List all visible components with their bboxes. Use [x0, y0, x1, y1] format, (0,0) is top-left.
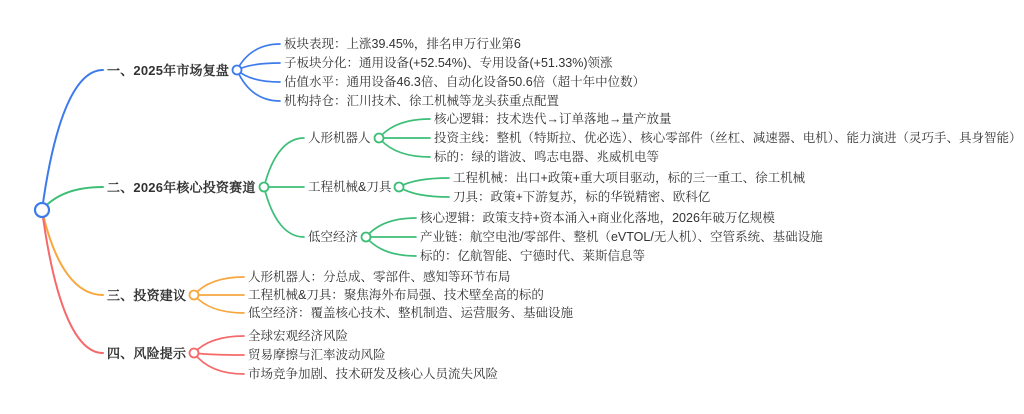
leaf-lae-core-logic[interactable]: 核心逻辑：政策支持+资本涌入+商业化落地，2026年破万亿规模 [420, 210, 775, 227]
node-risk-warnings[interactable]: 四、风险提示 [107, 345, 186, 362]
leaf-risk-macro[interactable]: 全球宏观经济风险 [248, 328, 348, 345]
node-low-altitude-economy[interactable]: 低空经济 [308, 229, 358, 246]
leaf-sector-performance[interactable]: 板块表现：上涨39.45%，排名申万行业第6 [284, 36, 521, 53]
node-toggle-dot[interactable] [190, 291, 199, 300]
connector-line [194, 277, 244, 295]
connector-line [42, 70, 103, 210]
connector-line [194, 336, 244, 353]
leaf-advice-low-altitude[interactable]: 低空经济：覆盖核心技术、整机制造、运营服务、基础设施 [248, 305, 573, 322]
node-toggle-dot[interactable] [260, 183, 269, 192]
connector-line [264, 187, 304, 237]
connector-line [366, 218, 416, 237]
connector-line [194, 295, 244, 313]
connector-line [194, 353, 244, 374]
node-investment-advice[interactable]: 三、投资建议 [107, 287, 186, 304]
node-toggle-dot[interactable] [375, 134, 384, 143]
leaf-valuation-level[interactable]: 估值水平：通用设备46.3倍、自动化设备50.6倍（超十年中位数） [284, 74, 645, 91]
leaf-robot-targets[interactable]: 标的：绿的谐波、鸣志电器、兆威机电等 [434, 149, 659, 166]
node-toggle-dot[interactable] [190, 349, 199, 358]
connector-line [399, 178, 449, 187]
connector-line [379, 138, 430, 157]
connector-line [237, 63, 280, 70]
connector-line [264, 138, 304, 187]
leaf-lae-targets[interactable]: 标的：亿航智能、宁德时代、莱斯信息等 [420, 248, 645, 265]
connector-line [42, 187, 103, 210]
leaf-robot-core-logic[interactable]: 核心逻辑：技术迭代→订单落地→量产放量 [434, 111, 672, 128]
leaf-advice-machinery-tools[interactable]: 工程机械&刀具：聚焦海外布局强、技术壁垒高的标的 [248, 287, 544, 304]
leaf-machinery-drivers[interactable]: 工程机械：出口+政策+重大项目驱动，标的三一重工、徐工机械 [453, 170, 805, 187]
leaf-risk-trade-fx[interactable]: 贸易摩擦与汇率波动风险 [248, 347, 386, 364]
node-toggle-dot[interactable] [395, 183, 404, 192]
leaf-cutting-tools[interactable]: 刀具：政策+下游复苏，标的华锐精密、欧科亿 [453, 189, 710, 206]
connector-line [379, 119, 430, 138]
root-node-dot[interactable] [35, 203, 49, 217]
mindmap-canvas: 一、2025年市场复盘 板块表现：上涨39.45%，排名申万行业第6 子板块分化… [0, 0, 1024, 414]
leaf-lae-industry-chain[interactable]: 产业链：航空电池/零部件、整机（eVTOL/无人机）、空管系统、基础设施 [420, 229, 823, 246]
connector-line [399, 187, 449, 197]
connector-line [42, 210, 103, 295]
connector-line [194, 353, 244, 355]
leaf-risk-competition-talent[interactable]: 市场竞争加剧、技术研发及核心人员流失风险 [248, 366, 498, 383]
connector-line [237, 70, 280, 82]
node-humanoid-robot[interactable]: 人形机器人 [308, 130, 371, 147]
node-2025-market-review[interactable]: 一、2025年市场复盘 [107, 62, 229, 79]
node-2026-core-investment-tracks[interactable]: 二、2026年核心投资赛道 [107, 179, 256, 196]
connector-line [366, 237, 416, 256]
node-toggle-dot[interactable] [362, 233, 371, 242]
node-construction-machinery-tools[interactable]: 工程机械&刀具 [308, 179, 391, 196]
leaf-advice-humanoid-robot[interactable]: 人形机器人：分总成、零部件、感知等环节布局 [248, 269, 511, 286]
leaf-robot-investment-lines[interactable]: 投资主线：整机（特斯拉、优必选）、核心零部件（丝杠、减速器、电机）、能力演进（灵… [434, 130, 1022, 147]
leaf-subsector-divergence[interactable]: 子板块分化：通用设备(+52.54%)、专用设备(+51.33%)领涨 [284, 55, 613, 72]
connector-line [237, 44, 280, 70]
node-toggle-dot[interactable] [233, 66, 242, 75]
leaf-institutional-holdings[interactable]: 机构持仓：汇川技术、徐工机械等龙头获重点配置 [284, 93, 559, 110]
